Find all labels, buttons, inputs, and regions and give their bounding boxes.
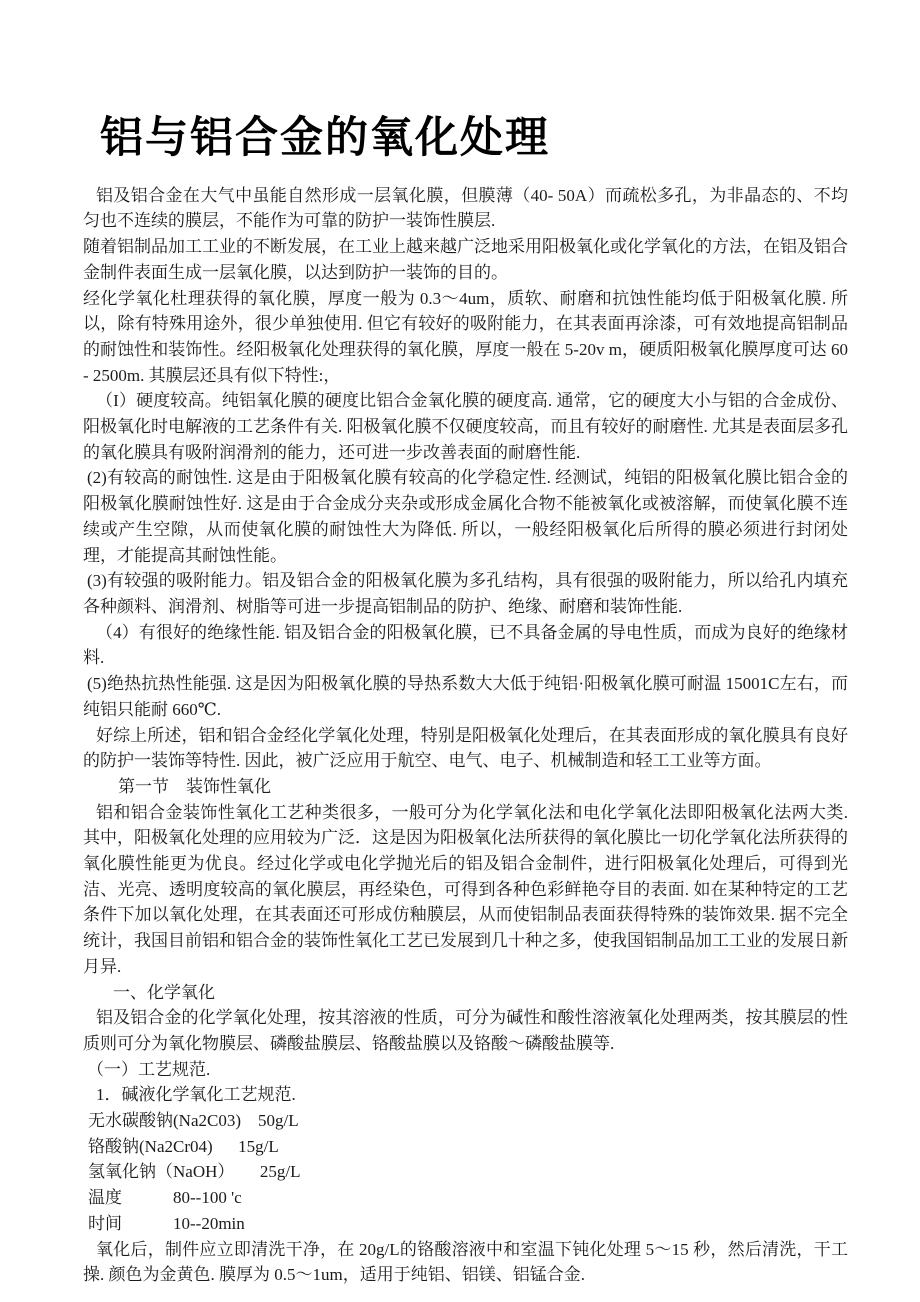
paragraph: 氧化后，制件应立即清洗干净，在 20g/L的铬酸溶液中和室温下钝化处理 5～15… [83, 1237, 848, 1288]
paragraph: 铝及铝合金的化学氧化处理，按其溶液的性质，可分为碱性和酸性溶液氧化处理两类，按其… [83, 1005, 848, 1056]
sub-heading: 一、化学氧化 [83, 980, 848, 1006]
spec-line: 无水碳酸钠(Na2C03) 50g/L [83, 1108, 848, 1134]
paragraph: （I）硬度较高。纯铝氧化膜的硬度比铝合金氧化膜的硬度高. 通常，它的硬度大小与铝… [83, 388, 848, 465]
paragraph: （一）工艺规范. [83, 1057, 848, 1083]
document-page: 铝与铝合金的氧化处理 铝及铝合金在大气中虽能自然形成一层氧化膜，但膜薄（40- … [0, 0, 920, 1302]
paragraph: 随着铝制品加工工业的不断发展，在工业上越来越广泛地采用阳极氧化或化学氧化的方法，… [83, 234, 848, 285]
paragraph: (3)有较强的吸附能力。铝及铝合金的阳极氧化膜为多孔结构，具有很强的吸附能力，所… [83, 568, 848, 619]
paragraph: (2)有较高的耐蚀性. 这是由于阳极氧化膜有较高的化学稳定性. 经测试，纯铝的阳… [83, 465, 848, 568]
spec-line: 温度 80--100 'c [83, 1185, 848, 1211]
paragraph: (5)绝热抗热性能强. 这是因为阳极氧化膜的导热系数大大低于纯铝·阳极氧化膜可耐… [83, 671, 848, 722]
document-body: 铝及铝合金在大气中虽能自然形成一层氧化膜，但膜薄（40- 50A）而疏松多孔，为… [83, 183, 848, 1288]
spec-line: 铬酸钠(Na2Cr04) 15g/L [83, 1134, 848, 1160]
spec-line: 氢氧化钠（NaOH） 25g/L [83, 1159, 848, 1185]
paragraph: 好综上所述，铝和铝合金经化学氧化处理，特别是阳极氧化处理后，在其表面形成的氧化膜… [83, 723, 848, 774]
section-heading: 第一节 装饰性氧化 [83, 774, 848, 800]
paragraph: 1．碱液化学氧化工艺规范. [83, 1082, 848, 1108]
spec-line: 时间 10--20min [83, 1211, 848, 1237]
paragraph: （4）有很好的绝缘性能. 铝及铝合金的阳极氧化膜，已不具备金属的导电性质，而成为… [83, 620, 848, 671]
paragraph: 铝和铝合金装饰性氧化工艺种类很多，一般可分为化学氧化法和电化学氧化法即阳极氧化法… [83, 800, 848, 980]
paragraph: 铝及铝合金在大气中虽能自然形成一层氧化膜，但膜薄（40- 50A）而疏松多孔，为… [83, 183, 848, 234]
document-title: 铝与铝合金的氧化处理 [83, 112, 848, 166]
paragraph: 经化学氧化杜理获得的氧化膜，厚度一般为 0.3～4um，质软、耐磨和抗蚀性能均低… [83, 286, 848, 389]
